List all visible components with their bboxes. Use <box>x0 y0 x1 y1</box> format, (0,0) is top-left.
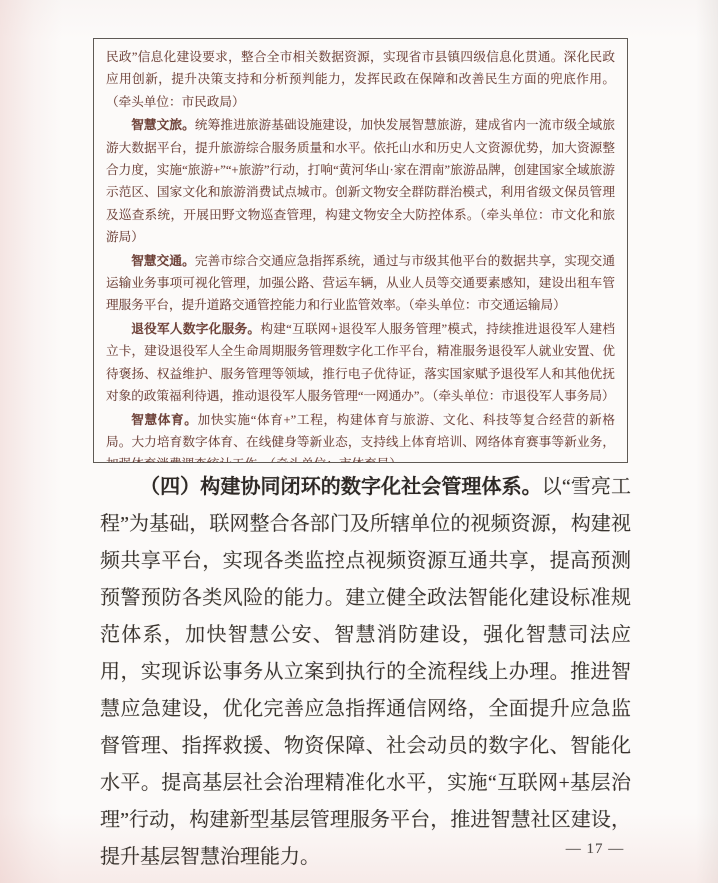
box-paragraph: 退役军人数字化服务。构建“互联网+退役军人服务管理”模式，持续推进退役军人建档立… <box>106 318 615 408</box>
scanned-document-page: 民政”信息化建设要求，整合全市相关数据资源，实现省市县镇四级信息化贯通。深化民政… <box>0 0 718 883</box>
box-paragraph-text: 统筹推进旅游基础设施建设，加快发展智慧旅游，建成省内一流市级全域旅游大数据平台，… <box>106 118 615 244</box>
box-paragraph-lead: 智慧体育。 <box>131 413 197 427</box>
section-4-paragraph: （四）构建协同闭环的数字化社会管理体系。以“雪亮工程”为基础，联网整合各部门及所… <box>100 469 631 876</box>
section-4-body-text: 以“雪亮工程”为基础，联网整合各部门及所辖单位的视频资源，构建视频共享平台，实现… <box>100 476 631 868</box>
box-paragraph-lead: 智慧交通。 <box>131 254 195 268</box>
box-paragraph-lead: 智慧文旅。 <box>131 118 195 132</box>
box-paragraph: 民政”信息化建设要求，整合全市相关数据资源，实现省市县镇四级信息化贯通。深化民政… <box>106 46 615 113</box>
key-tasks-box: 民政”信息化建设要求，整合全市相关数据资源，实现省市县镇四级信息化贯通。深化民政… <box>93 38 628 463</box>
page-number: — 17 — <box>540 841 650 858</box>
box-paragraph: 智慧交通。完善市综合交通应急指挥系统，通过与市级其他平台的数据共享，实现交通运输… <box>106 250 615 317</box>
section-4-heading: （四）构建协同闭环的数字化社会管理体系。 <box>140 476 542 498</box>
box-paragraph-text: 民政”信息化建设要求，整合全市相关数据资源，实现省市县镇四级信息化贯通。深化民政… <box>106 50 615 109</box>
box-paragraph: 智慧体育。加快实施“体育+”工程，构建体育与旅游、文化、科技等复合经营的新格局。… <box>106 409 615 464</box>
box-paragraph: 智慧文旅。统筹推进旅游基础设施建设，加快发展智慧旅游，建成省内一流市级全域旅游大… <box>106 114 615 248</box>
box-paragraph-lead: 退役军人数字化服务。 <box>131 322 260 336</box>
